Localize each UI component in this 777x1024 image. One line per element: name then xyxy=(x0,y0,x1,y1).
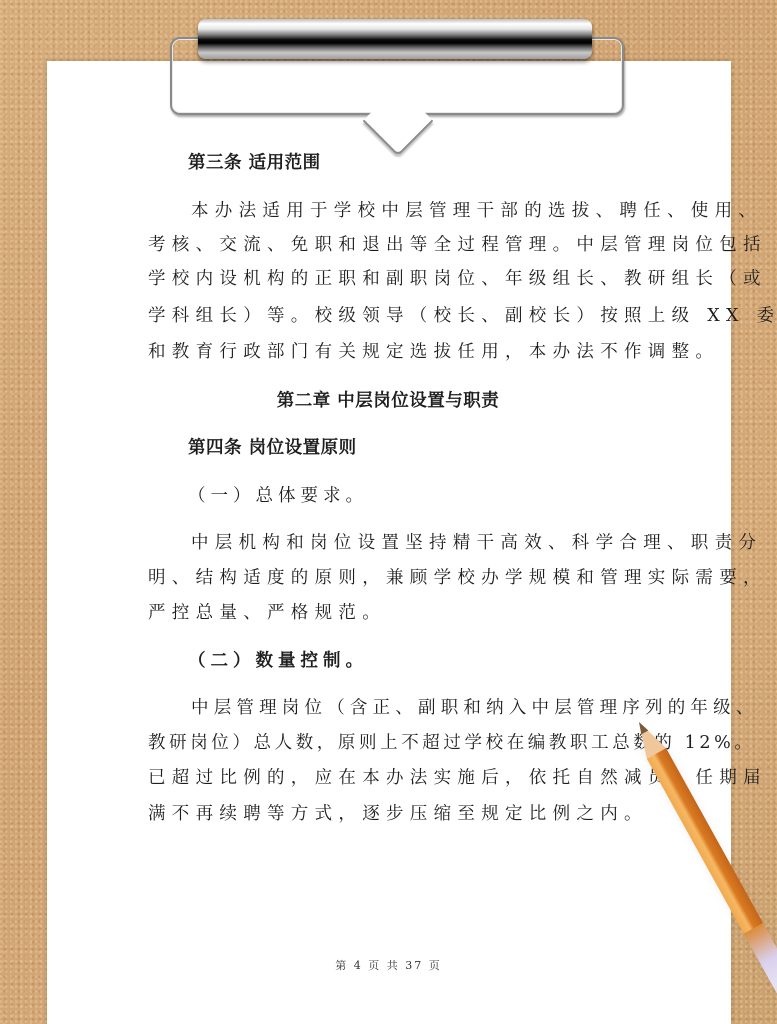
paragraph-line: 满不再续聘等方式，逐步压缩至规定比例之内。 xyxy=(148,804,648,824)
item-1-title: （一）总体要求。 xyxy=(188,486,368,506)
paragraph-line: 本办法适用于学校中层管理干部的选拔、聘任、使用、 xyxy=(191,201,762,221)
paragraph-line: 考核、交流、免职和退出等全过程管理。中层管理岗位包括 xyxy=(148,235,767,255)
article-4-heading: 第四条 岗位设置原则 xyxy=(188,438,357,458)
article-3-heading: 第三条 适用范围 xyxy=(188,153,321,173)
paragraph-line: 学校内设机构的正职和副职岗位、年级组长、教研组长（或 xyxy=(148,269,767,289)
clip-notch-mask xyxy=(360,100,435,112)
paragraph-line: 严控总量、严格规范。 xyxy=(148,603,386,623)
paragraph-line: 中层管理岗位（含正、副职和纳入中层管理序列的年级、 xyxy=(191,698,759,718)
paragraph-line: 和教育行政部门有关规定选拔任用，本办法不作调整。 xyxy=(148,342,719,362)
chapter-2-heading: 第二章 中层岗位设置与职责 xyxy=(148,391,628,411)
clipboard-clip-bar xyxy=(198,19,592,59)
paragraph-line: 学科组长）等。校级领导（校长、副校长）按照上级 XX 委 xyxy=(148,306,777,326)
item-2-title: （二）数量控制。 xyxy=(188,651,368,671)
page-number: 第 4 页 共 37 页 xyxy=(0,957,777,973)
paragraph-line: 明、结构适度的原则，兼顾学校办学规模和管理实际需要， xyxy=(148,568,767,588)
paragraph-line: 中层机构和岗位设置坚持精干高效、科学合理、职责分 xyxy=(191,533,762,553)
